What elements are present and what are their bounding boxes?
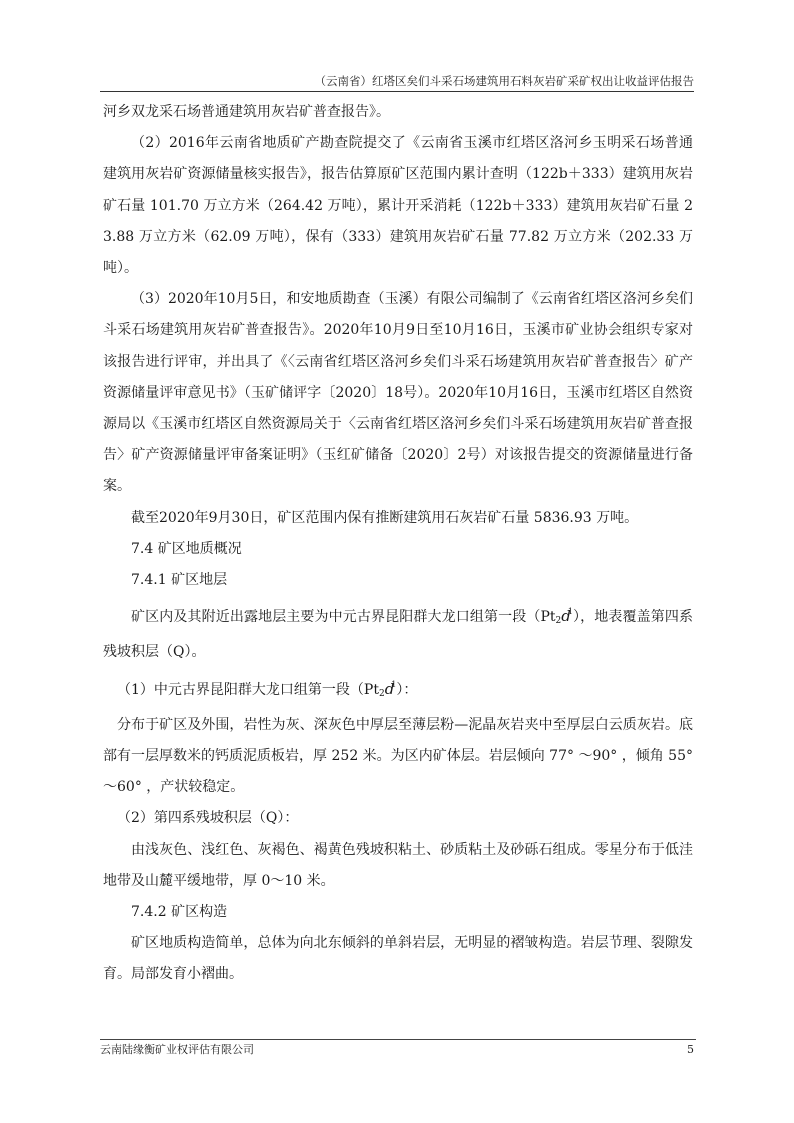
report-title: （云南省）红塔区矣们斗采石场建筑用石料灰岩矿采矿权出让收益评估报告 <box>315 74 695 88</box>
page-number: 5 <box>687 1042 696 1058</box>
subheading-stratum-2: （2）第四系残坡积层（Q）： <box>103 803 693 834</box>
paragraph-stratum-1-description: 分布于矿区及外围，岩性为灰、深灰色中厚层至薄层粉—泥晶灰岩夹中至厚层白云质灰岩。… <box>103 710 693 804</box>
paragraph-item-2: （2）2016年云南省地质矿产勘查院提交了《云南省玉溪市红塔区洛河乡玉明采石场普… <box>103 128 693 284</box>
text-segment: 矿区内及其附近出露地层主要为中元古界昆阳群大龙口组第一段（Pt <box>131 609 556 625</box>
document-body: 河乡双龙采石场普通建筑用灰岩矿普查报告》。 （2）2016年云南省地质矿产勘查院… <box>103 97 693 991</box>
subheading-stratum-1: （1）中元古界昆阳群大龙口组第一段（Pt2d1）： <box>103 669 693 710</box>
text-segment: ）： <box>396 682 417 698</box>
page-footer: 云南陆缘衡矿业权评估有限公司 5 <box>100 1039 696 1058</box>
page-header: （云南省）红塔区矣们斗采石场建筑用石料灰岩矿采矿权出让收益评估报告 <box>100 74 694 92</box>
paragraph-stratum-2-description: 由浅灰色、浅红色、灰褐色、褐黄色残坡积粘土、砂质粘土及砂砾石组成。零星分布于低洼… <box>103 835 693 897</box>
section-heading-7-4-2: 7.4.2 矿区构造 <box>103 897 693 928</box>
section-heading-7-4: 7.4 矿区地质概况 <box>103 534 693 565</box>
paragraph-structure-description: 矿区地质构造简单，总体为向北东倾斜的单斜岩层，无明显的褶皱构造。岩层节理、裂隙发… <box>103 928 693 990</box>
section-heading-7-4-1: 7.4.1 矿区地层 <box>103 565 693 596</box>
paragraph-reserve-summary: 截至2020年9月30日，矿区范围内保有推断建筑用石灰岩矿石量 5836.93 … <box>103 503 693 534</box>
text-segment: （1）中元古界昆阳群大龙口组第一段（Pt <box>117 682 379 698</box>
paragraph-continuation: 河乡双龙采石场普通建筑用灰岩矿普查报告》。 <box>103 97 693 128</box>
paragraph-strata-overview: 矿区内及其附近出露地层主要为中元古界昆阳群大龙口组第一段（Pt2d1），地表覆盖… <box>103 596 693 668</box>
paragraph-item-3: （3）2020年10月5日，和安地质勘查（玉溪）有限公司编制了《云南省红塔区洛河… <box>103 284 693 502</box>
company-name: 云南陆缘衡矿业权评估有限公司 <box>100 1042 254 1058</box>
